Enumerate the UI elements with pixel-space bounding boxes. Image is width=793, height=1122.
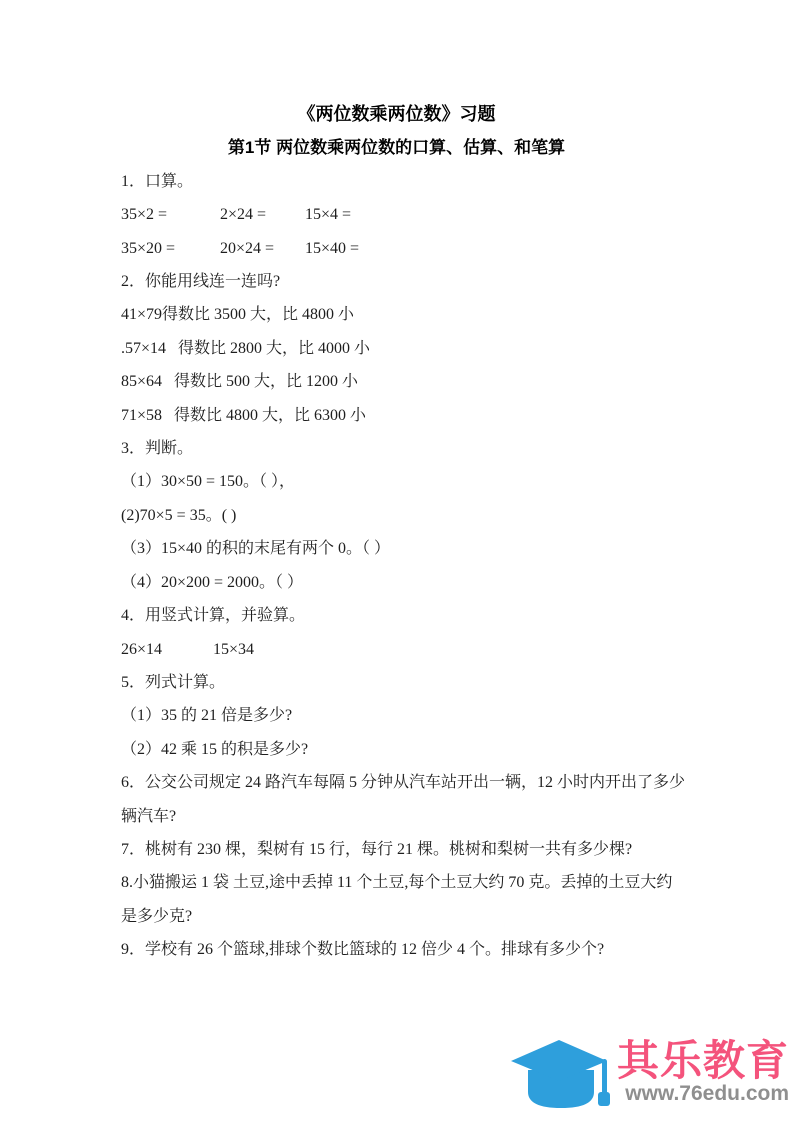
problem-3-item-3: （3）15×40 的积的末尾有两个 0。（ ）	[121, 532, 753, 565]
problem-4-label: 4．用竖式计算，并验算。	[121, 599, 753, 632]
problem-2-match-line-1: 41×79得数比 3500 大，比 4800 小	[121, 298, 753, 331]
problem-2-match-line-3: 85×64 得数比 500 大，比 1200 小	[121, 365, 753, 398]
equation-2x24: 2×24 =	[220, 198, 305, 231]
problem-5-label: 5．列式计算。	[121, 666, 753, 699]
problem-6-line-2: 辆汽车?	[121, 800, 753, 833]
equation-20x24: 20×24 =	[220, 232, 305, 265]
problem-9-text: 9．学校有 26 个篮球,排球个数比篮球的 12 倍少 4 个。排球有多少个?	[121, 933, 753, 966]
worksheet-page: 《两位数乘两位数》习题 第1节 两位数乘两位数的口算、估算、和笔算 1．口算。 …	[0, 0, 793, 1122]
brand-name: 其乐教育	[617, 1039, 789, 1083]
problem-8-line-2: 是多少克?	[121, 900, 753, 933]
problem-2-match-line-2: .57×14 得数比 2800 大，比 4000 小	[121, 332, 753, 365]
graduation-cap-icon	[506, 1040, 613, 1114]
equation-15x4: 15×4 =	[305, 206, 351, 223]
worksheet-title: 《两位数乘两位数》习题	[0, 98, 793, 131]
equation-15x40: 15×40 =	[305, 240, 359, 257]
problem-6-line-1: 6．公交公司规定 24 路汽车每隔 5 分钟从汽车站开出一辆，12 小时内开出了…	[121, 766, 753, 799]
problem-2-match-line-4: 71×58 得数比 4800 大，比 6300 小	[121, 399, 753, 432]
problem-3-item-1: （1）30×50 = 150。（ ），	[121, 465, 753, 498]
problem-5-item-1: （1）35 的 21 倍是多少?	[121, 699, 753, 732]
brand-watermark: 其乐教育 www.76edu.com	[506, 1030, 789, 1114]
brand-website: www.76edu.com	[625, 1083, 789, 1105]
equation-35x2: 35×2 =	[121, 198, 220, 231]
problem-3-label: 3．判断。	[121, 432, 753, 465]
problem-1-oral-row-2: 35×20 =20×24 =15×40 =	[121, 232, 753, 265]
brand-text-block: 其乐教育 www.76edu.com	[617, 1039, 789, 1105]
equation-15x34: 15×34	[213, 641, 254, 658]
problem-1-oral-row-1: 35×2 =2×24 =15×4 =	[121, 198, 753, 231]
equation-26x14: 26×14	[121, 633, 213, 666]
worksheet-body: 1．口算。 35×2 =2×24 =15×4 = 35×20 =20×24 =1…	[0, 165, 793, 967]
section-heading: 第1节 两位数乘两位数的口算、估算、和笔算	[0, 131, 793, 164]
problem-8-line-1: 8.小猫搬运 1 袋 土豆,途中丢掉 11 个土豆,每个土豆大约 70 克。丢掉…	[121, 866, 753, 899]
problem-3-item-4: （4）20×200 = 2000。（ ）	[121, 566, 753, 599]
equation-35x20: 35×20 =	[121, 232, 220, 265]
problem-5-item-2: （2）42 乘 15 的积是多少?	[121, 733, 753, 766]
problem-7-text: 7．桃树有 230 棵，梨树有 15 行，每行 21 棵。桃树和梨树一共有多少棵…	[121, 833, 753, 866]
problem-4-expressions: 26×1415×34	[121, 633, 753, 666]
problem-1-label: 1．口算。	[121, 165, 753, 198]
problem-2-label: 2．你能用线连一连吗?	[121, 265, 753, 298]
problem-3-item-2: (2)70×5 = 35。( )	[121, 499, 753, 532]
